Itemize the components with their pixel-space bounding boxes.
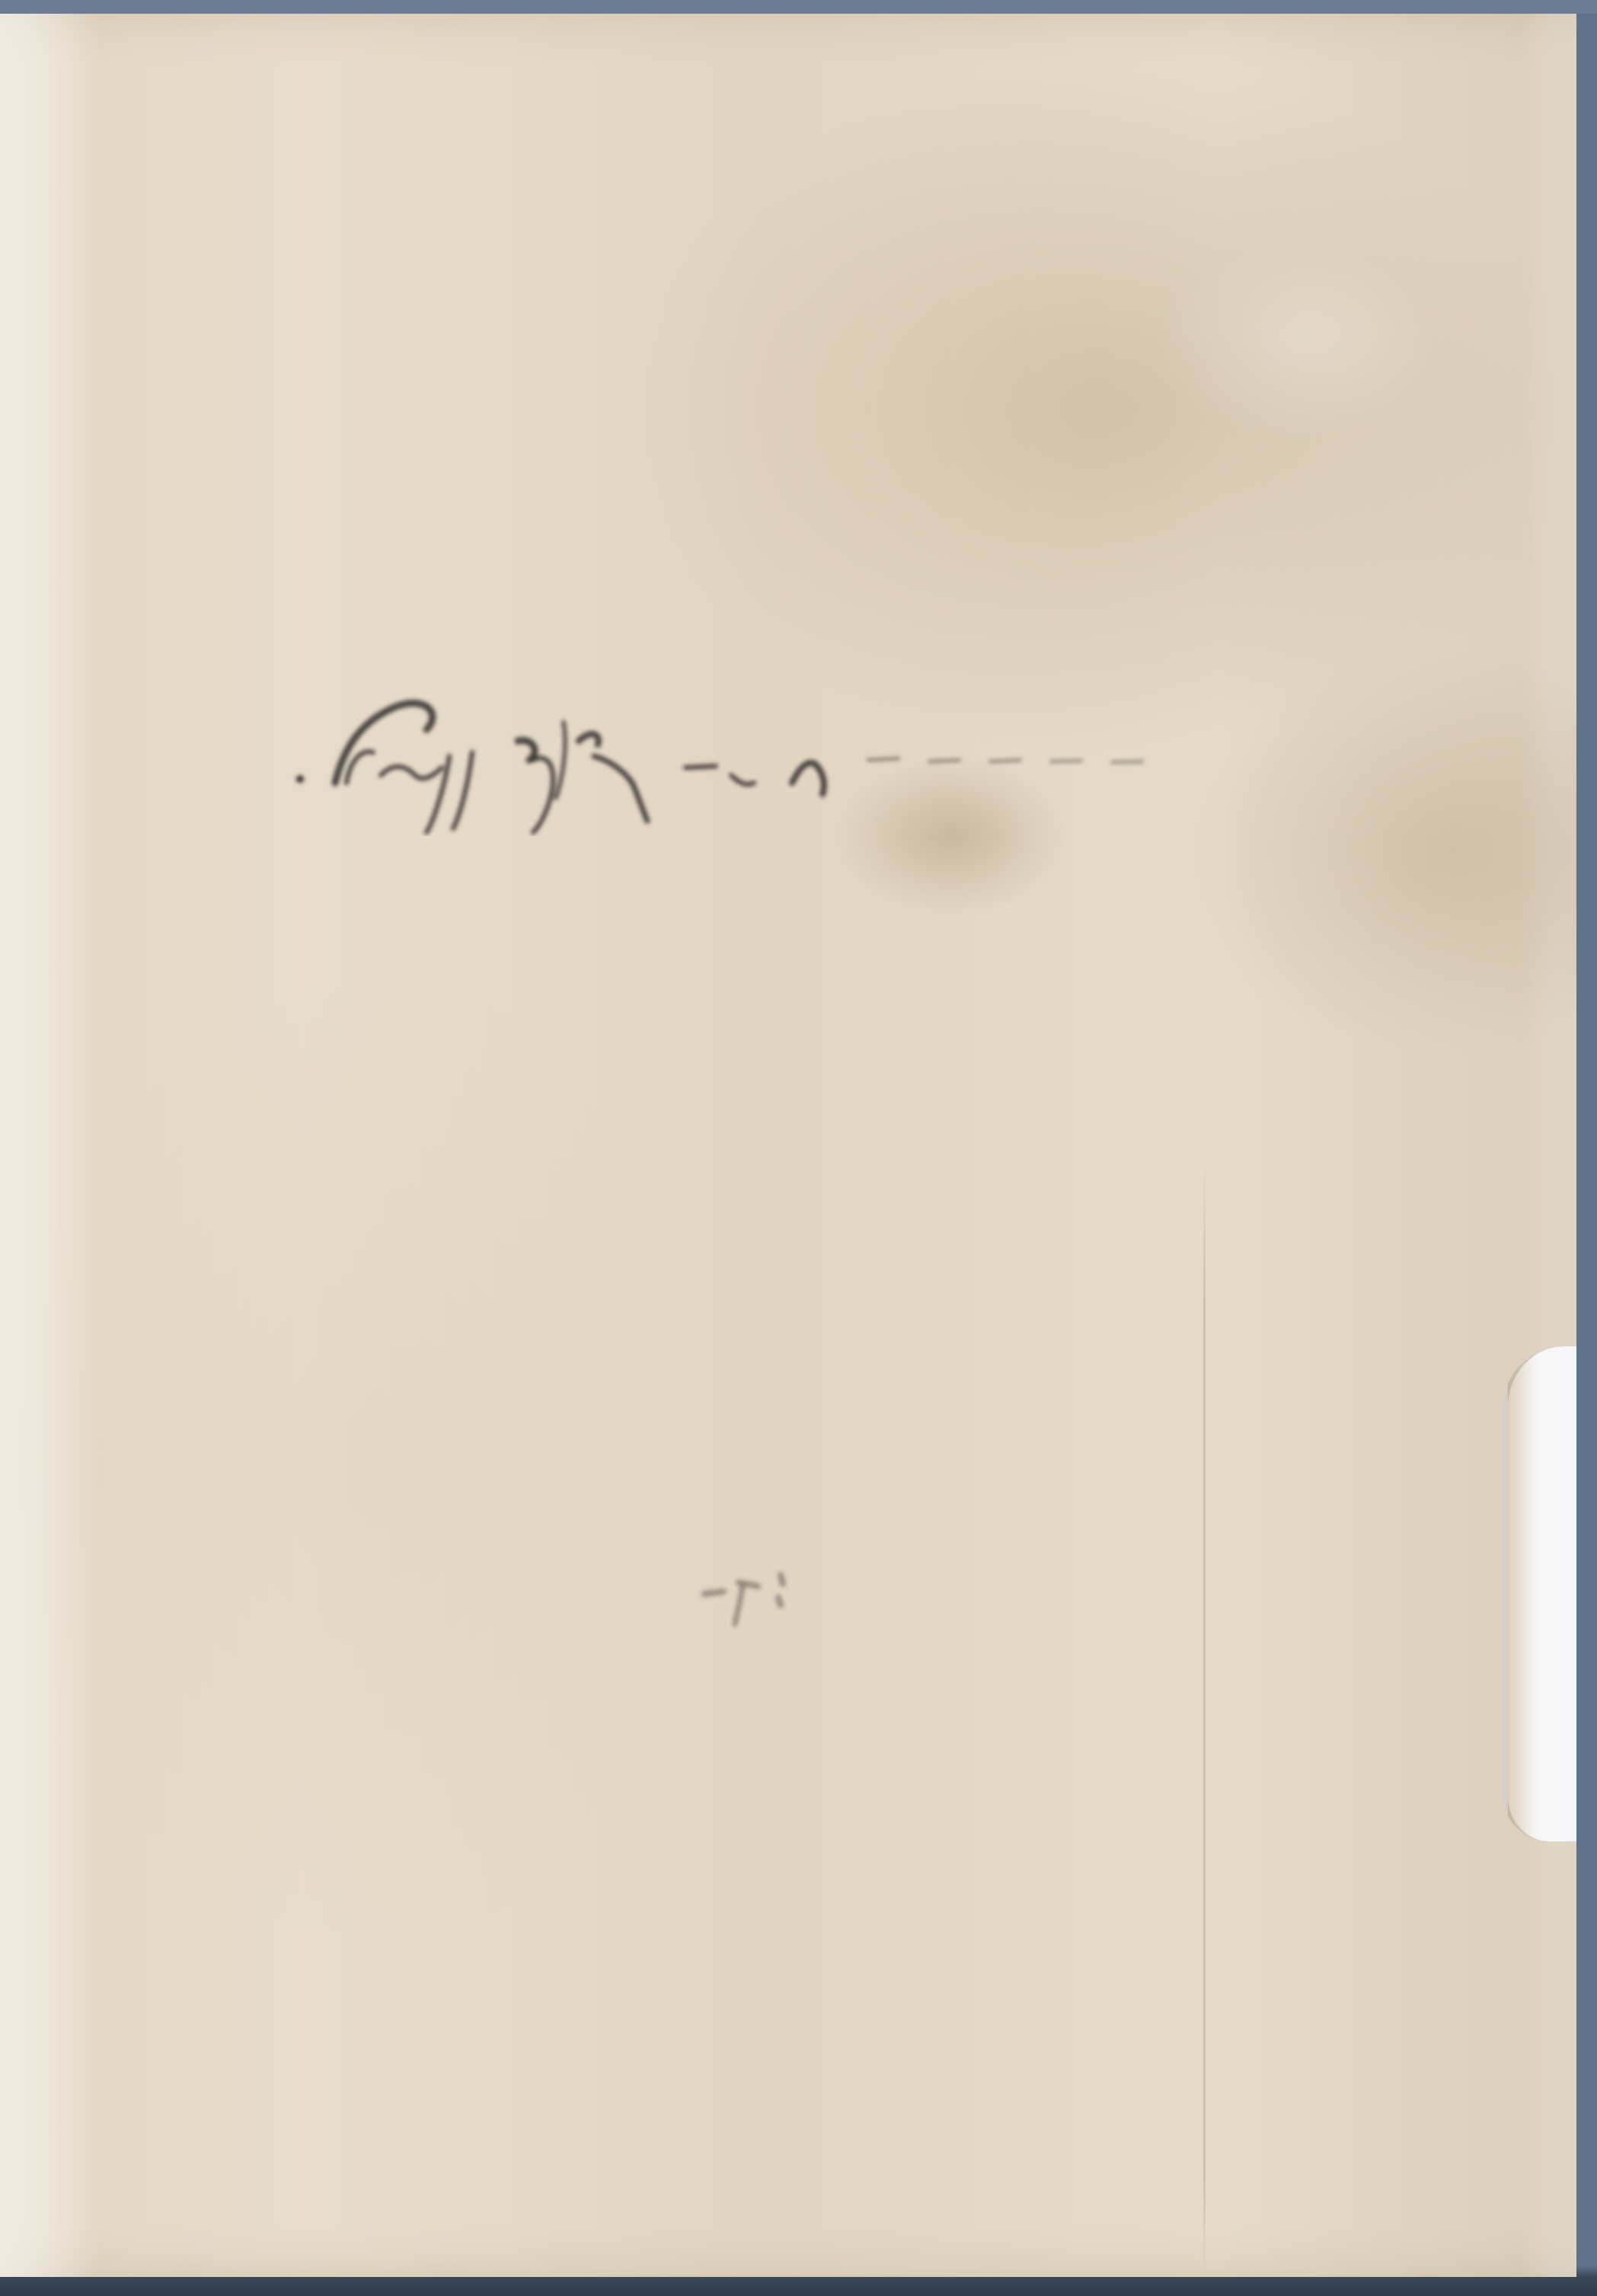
handwritten-mark: [693, 1560, 807, 1636]
torn-edge: [1503, 1346, 1576, 1841]
fold-crease: [1203, 1156, 1206, 2275]
photo-background: [illegible handwritten flourish with tra…: [0, 0, 1597, 2296]
handwritten-line: [289, 669, 1371, 836]
manuscript-page: [illegible handwritten flourish with tra…: [0, 14, 1576, 2277]
page-margin-highlight: [0, 14, 99, 2277]
